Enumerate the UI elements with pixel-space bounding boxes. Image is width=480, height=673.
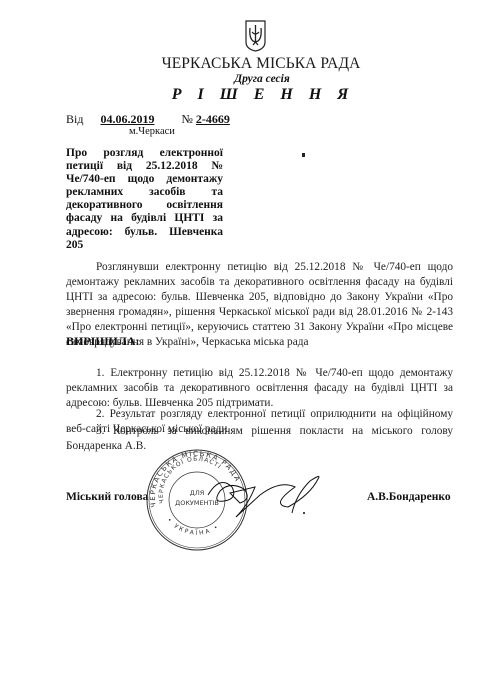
number-label: № [181, 112, 192, 127]
resolution-item-3: 3. Контроль за виконанням рішення поклас… [66, 424, 453, 454]
decision-subject: Про розгляд електронної петиції від 25.1… [66, 147, 223, 252]
document-title: Р І Ш Е Н Н Я [0, 86, 480, 104]
council-name: ЧЕРКАСЬКА МІСЬКА РАДА [0, 55, 480, 73]
resolution-item-1: 1. Електронну петицію від 25.12.2018 № Ч… [66, 366, 453, 411]
session-label: Друга сесія [0, 73, 480, 85]
from-label: Від [66, 112, 83, 127]
city: м.Черкаси [129, 126, 175, 137]
resolved-heading: ВИРІШИЛА: [66, 334, 139, 349]
signatory-position: Міський голова [66, 491, 148, 503]
decision-date: 04.06.2019 [100, 112, 154, 127]
subject-text: Про розгляд електронної петиції від 25.1… [66, 147, 223, 238]
trident-coat-of-arms-icon [245, 20, 266, 52]
decision-meta: Від 04.06.2019 № 2-4669 [66, 112, 230, 127]
handwritten-signature [200, 465, 330, 525]
signatory-name: А.В.Бондаренко [367, 491, 451, 503]
decision-number: 2-4669 [196, 112, 230, 127]
subject-text-end: 205 [66, 239, 223, 252]
scan-speck [302, 153, 305, 157]
